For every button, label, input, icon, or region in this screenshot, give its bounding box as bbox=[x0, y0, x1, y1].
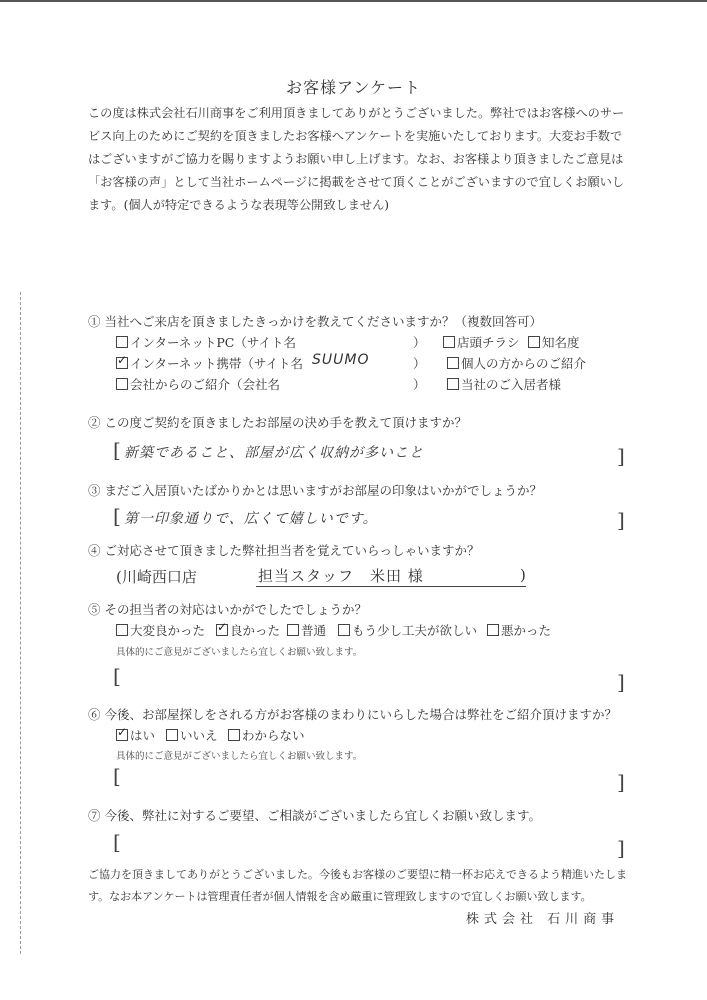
close-bracket: ] bbox=[617, 444, 625, 468]
q3-answer-field[interactable]: 第一印象通りで、広くて嬉しいです。 bbox=[124, 508, 378, 528]
q6-option-no[interactable]: いいえ bbox=[166, 726, 218, 744]
company-name: 株式会社 石川商事 bbox=[466, 908, 619, 927]
open-bracket: [ bbox=[113, 764, 121, 788]
checkbox-icon[interactable] bbox=[116, 336, 128, 348]
checkbox-icon[interactable] bbox=[447, 378, 459, 390]
q5-option-average[interactable]: 普通 bbox=[287, 621, 326, 639]
q1-close-paren: ） bbox=[413, 375, 426, 393]
q5-question: ⑤ その担当者の対応はいかがでしたでしょうか？ bbox=[88, 600, 367, 618]
page-title: お客様アンケート bbox=[0, 75, 707, 98]
q1-close-paren: ） bbox=[413, 333, 426, 351]
q1-close-paren: ） bbox=[413, 354, 426, 372]
q1-option-flyer[interactable]: 店頭チラシ bbox=[443, 333, 520, 351]
q1-option-internet-pc[interactable]: インターネットPC（サイト名 bbox=[116, 333, 296, 351]
open-bracket: [ bbox=[113, 504, 121, 528]
q7-comment-field[interactable] bbox=[130, 836, 610, 854]
q5-option-needs-improvement[interactable]: もう少し工夫が欲しい bbox=[338, 621, 477, 639]
checkbox-icon[interactable] bbox=[443, 336, 455, 348]
checkbox-icon[interactable] bbox=[487, 624, 499, 636]
q7-question: ⑦ 今後、弊社に対するご要望、ご相談がございましたら宜しくお願い致します。 bbox=[88, 806, 541, 824]
scan-top-edge bbox=[0, 0, 707, 2]
q1-option-internet-mobile[interactable]: インターネット携帯（サイト名 bbox=[116, 354, 303, 372]
q6-option-yes[interactable]: はい bbox=[116, 726, 155, 744]
checkbox-checked-icon[interactable] bbox=[216, 624, 228, 636]
q6-question: ⑥ 今後、お部屋探しをされる方がお客様のまわりにいらした場合は弊社をご紹介頂けま… bbox=[88, 705, 617, 723]
q1-site-name-field[interactable]: SUUMO bbox=[312, 352, 369, 368]
q5-option-bad[interactable]: 悪かった bbox=[487, 621, 551, 639]
checkbox-icon[interactable] bbox=[338, 624, 350, 636]
checkbox-icon[interactable] bbox=[166, 729, 178, 741]
checkbox-icon[interactable] bbox=[116, 624, 128, 636]
q4-store-name: (川崎西口店 bbox=[116, 566, 197, 587]
q1-option-reputation[interactable]: 知名度 bbox=[528, 333, 580, 351]
q4-staff-field[interactable]: 担当スタッフ 米田 様 bbox=[258, 565, 424, 586]
intro-paragraph: この度は株式会社石川商事をご利用頂きましてありがとうございました。弊社ではお客様… bbox=[88, 102, 668, 217]
footer-line: す。なお本アンケートは管理責任者が個人情報を含め厳重に管理致しますので宜しくお願… bbox=[88, 888, 592, 904]
q2-answer-field[interactable]: 新築であること、部屋が広く収納が多いこと bbox=[124, 442, 424, 462]
q4-question: ④ ご対応させて頂きました弊社担当者を覚えていらっしゃいますか？ bbox=[88, 541, 479, 559]
checkbox-icon[interactable] bbox=[447, 357, 459, 369]
checkbox-icon[interactable] bbox=[528, 336, 540, 348]
checkbox-icon[interactable] bbox=[116, 378, 128, 390]
close-bracket: ] bbox=[617, 508, 625, 532]
q4-close-paren: ) bbox=[520, 566, 526, 584]
q5-option-good[interactable]: 良かった bbox=[216, 621, 280, 639]
q6-option-unsure[interactable]: わからない bbox=[228, 726, 305, 744]
intro-line: はございますがご協力を賜りますようお願い申し上げます。なお、お客様より頂きました… bbox=[88, 148, 668, 171]
q3-question: ③ まだご入居頂いたばかりかとは思いますがお部屋の印象はいかがでしょうか？ bbox=[88, 481, 542, 499]
q1-question: ① 当社へご来店を頂きましたきっかけを教えてくださいますか？（複数回答可） bbox=[88, 312, 542, 330]
q6-comment-prompt: 具体的にご意見がございましたら宜しくお願い致します。 bbox=[116, 748, 362, 762]
close-bracket: ] bbox=[617, 770, 625, 794]
checkbox-checked-icon[interactable] bbox=[116, 729, 128, 741]
fold-line bbox=[20, 292, 21, 954]
close-bracket: ] bbox=[617, 836, 625, 860]
q2-question: ② この度ご契約を頂きましたお部屋の決め手を教えて頂けますか？ bbox=[88, 413, 467, 431]
q5-comment-prompt: 具体的にご意見がございましたら宜しくお願い致します。 bbox=[116, 644, 362, 658]
q5-comment-field[interactable] bbox=[130, 670, 610, 688]
open-bracket: [ bbox=[113, 830, 121, 854]
q1-option-company-referral[interactable]: 会社からのご紹介（会社名 bbox=[116, 375, 280, 393]
open-bracket: [ bbox=[113, 438, 121, 462]
intro-line: ます。(個人が特定できるような表現等公開致しません) bbox=[88, 194, 668, 217]
open-bracket: [ bbox=[113, 664, 121, 688]
intro-line: この度は株式会社石川商事をご利用頂きましてありがとうございました。弊社ではお客様… bbox=[88, 102, 668, 125]
footer-line: ご協力を頂きましてありがとうございました。今後もお客様のご要望に精一杯お応えでき… bbox=[88, 866, 627, 882]
close-bracket: ] bbox=[617, 670, 625, 694]
q1-option-personal-referral[interactable]: 個人の方からのご紹介 bbox=[447, 354, 586, 372]
q1-option-resident[interactable]: 当社のご入居者様 bbox=[447, 375, 561, 393]
checkbox-checked-icon[interactable] bbox=[116, 357, 128, 369]
q5-option-very-good[interactable]: 大変良かった bbox=[116, 621, 205, 639]
checkbox-icon[interactable] bbox=[287, 624, 299, 636]
intro-line: ビス向上のためにご契約を頂きましたお客様へアンケートを実施いたしております。大変… bbox=[88, 125, 668, 148]
q6-comment-field[interactable] bbox=[130, 770, 610, 788]
intro-line: 「お客様の声」として当社ホームページに掲載をさせて頂くことがございますので宜しく… bbox=[88, 171, 668, 194]
checkbox-icon[interactable] bbox=[228, 729, 240, 741]
